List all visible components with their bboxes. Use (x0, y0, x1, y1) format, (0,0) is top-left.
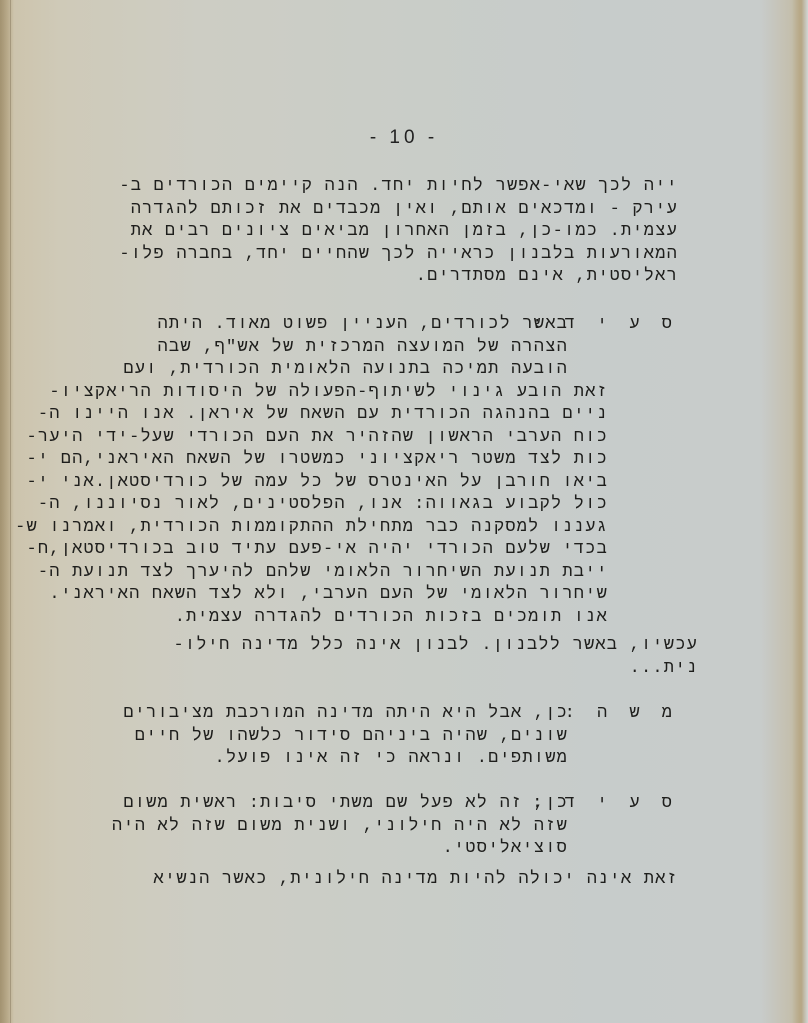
speaker-label: מ ש ה : (588, 703, 678, 726)
scanned-page: - 10 - ייה לכך שאי-אפשר לחיות יחד. הנה ק… (0, 0, 808, 1023)
text-line: כול לקבוע בגאווה: אנו, הפלסטינים, לאור נ… (18, 494, 608, 517)
text-line: הובעה תמיכה בתנועה הלאומית הכורדית, ועם (18, 359, 568, 382)
text-line: הצהרה של המועצה המרכזית של אש"ף, שבה (18, 337, 568, 360)
speaker-lines: כן, אבל היא היתה מדינה המורכבת מציבורים … (18, 703, 568, 771)
text-line: ביאו חורבן על האינטרס של כל עמה של כורדי… (18, 472, 608, 495)
intro-paragraph: ייה לכך שאי-אפשר לחיות יחד. הנה קיימים ה… (98, 176, 678, 289)
speaker-label: ס ע י ד : (588, 793, 678, 816)
dialogue-entry-said-1: ס ע י ד : באשר לכורדים, העניין פשוט מאוד… (18, 314, 678, 604)
text-line: שונים, שהיה ביניהם סידור כלשהו של חיים (18, 726, 568, 749)
text-line: זאת הובע גינוי לשיתוף-הפעולה של היסודות … (18, 382, 608, 405)
speaker-lines-indented: באשר לכורדים, העניין פשוט מאוד. היתה הצה… (18, 314, 568, 382)
text-line: סוציאליסטי. (18, 838, 568, 861)
text-line: שזה לא היה חילוני, ושנית משום שזה לא היה (18, 816, 568, 839)
speaker-lines-full: זאת הובע גינוי לשיתוף-הפעולה של היסודות … (18, 382, 608, 630)
text-line: זאת אינה יכולה להיות מדינה חילונית, כאשר… (98, 869, 678, 892)
dialogue-entry-said-2: ס ע י ד : כן, זה לא פעל שם משתי סיבות: ר… (18, 793, 678, 873)
closing-paragraph: זאת אינה יכולה להיות מדינה חילונית, כאשר… (98, 869, 678, 892)
text-line: ייבת תנועת השיחרור הלאומי שלהם להיערך לצ… (18, 562, 608, 585)
text-line: המאורעות בלבנון כראייה לכך שהחיים יחד, ב… (98, 244, 678, 267)
text-line: כוח הערבי הראשון שהזהיר את העם הכורדי שע… (18, 427, 608, 450)
text-line: משותפים. ונראה כי זה אינו פועל. (18, 748, 568, 771)
text-line: אנו תומכים בזכות הכורדים להגדרה עצמית. (18, 607, 608, 630)
continuation-paragraph: עכשיו, באשר ללבנון. לבנון אינה כלל מדינה… (98, 635, 698, 680)
text-line: כן, אבל היא היתה מדינה המורכבת מציבורים (18, 703, 568, 726)
text-line: ניים בהנהגה הכורדית עם השאח של איראן. אנ… (18, 404, 608, 427)
text-line: בכדי שלעם הכורדי יהיה אי-פעם עתיד טוב בכ… (18, 539, 608, 562)
text-line: ראליסטית, אינם מסתדרים. (98, 266, 678, 289)
speaker-label: ס ע י ד : (588, 314, 678, 337)
text-line: געננו למסקנה כבר מתחילת ההתקוממות הכורדי… (18, 517, 608, 540)
text-line: עכשיו, באשר ללבנון. לבנון אינה כלל מדינה… (98, 635, 698, 658)
text-line: ייה לכך שאי-אפשר לחיות יחד. הנה קיימים ה… (98, 176, 678, 199)
page-number: - 10 - (0, 127, 808, 149)
text-line: נית... (98, 658, 698, 681)
text-line: עירק - ומדכאים אותם, ואין מכבדים את זכות… (98, 199, 678, 222)
text-line: כות לצד משטר ריאקציוני כמשטרו של השאח הא… (18, 449, 608, 472)
text-line: שיחרור הלאומי של העם הערבי, ולא לצד השאח… (18, 584, 608, 607)
text-line: באשר לכורדים, העניין פשוט מאוד. היתה (18, 314, 568, 337)
speaker-lines: כן, זה לא פעל שם משתי סיבות: ראשית משום … (18, 793, 568, 861)
dialogue-entry-moshe: מ ש ה : כן, אבל היא היתה מדינה המורכבת מ… (18, 703, 678, 783)
text-line: עצמית. כמו-כן, בזמן האחרון מביאים ציונים… (98, 221, 678, 244)
text-line: כן, זה לא פעל שם משתי סיבות: ראשית משום (18, 793, 568, 816)
page-edge-shadow (792, 0, 808, 1023)
